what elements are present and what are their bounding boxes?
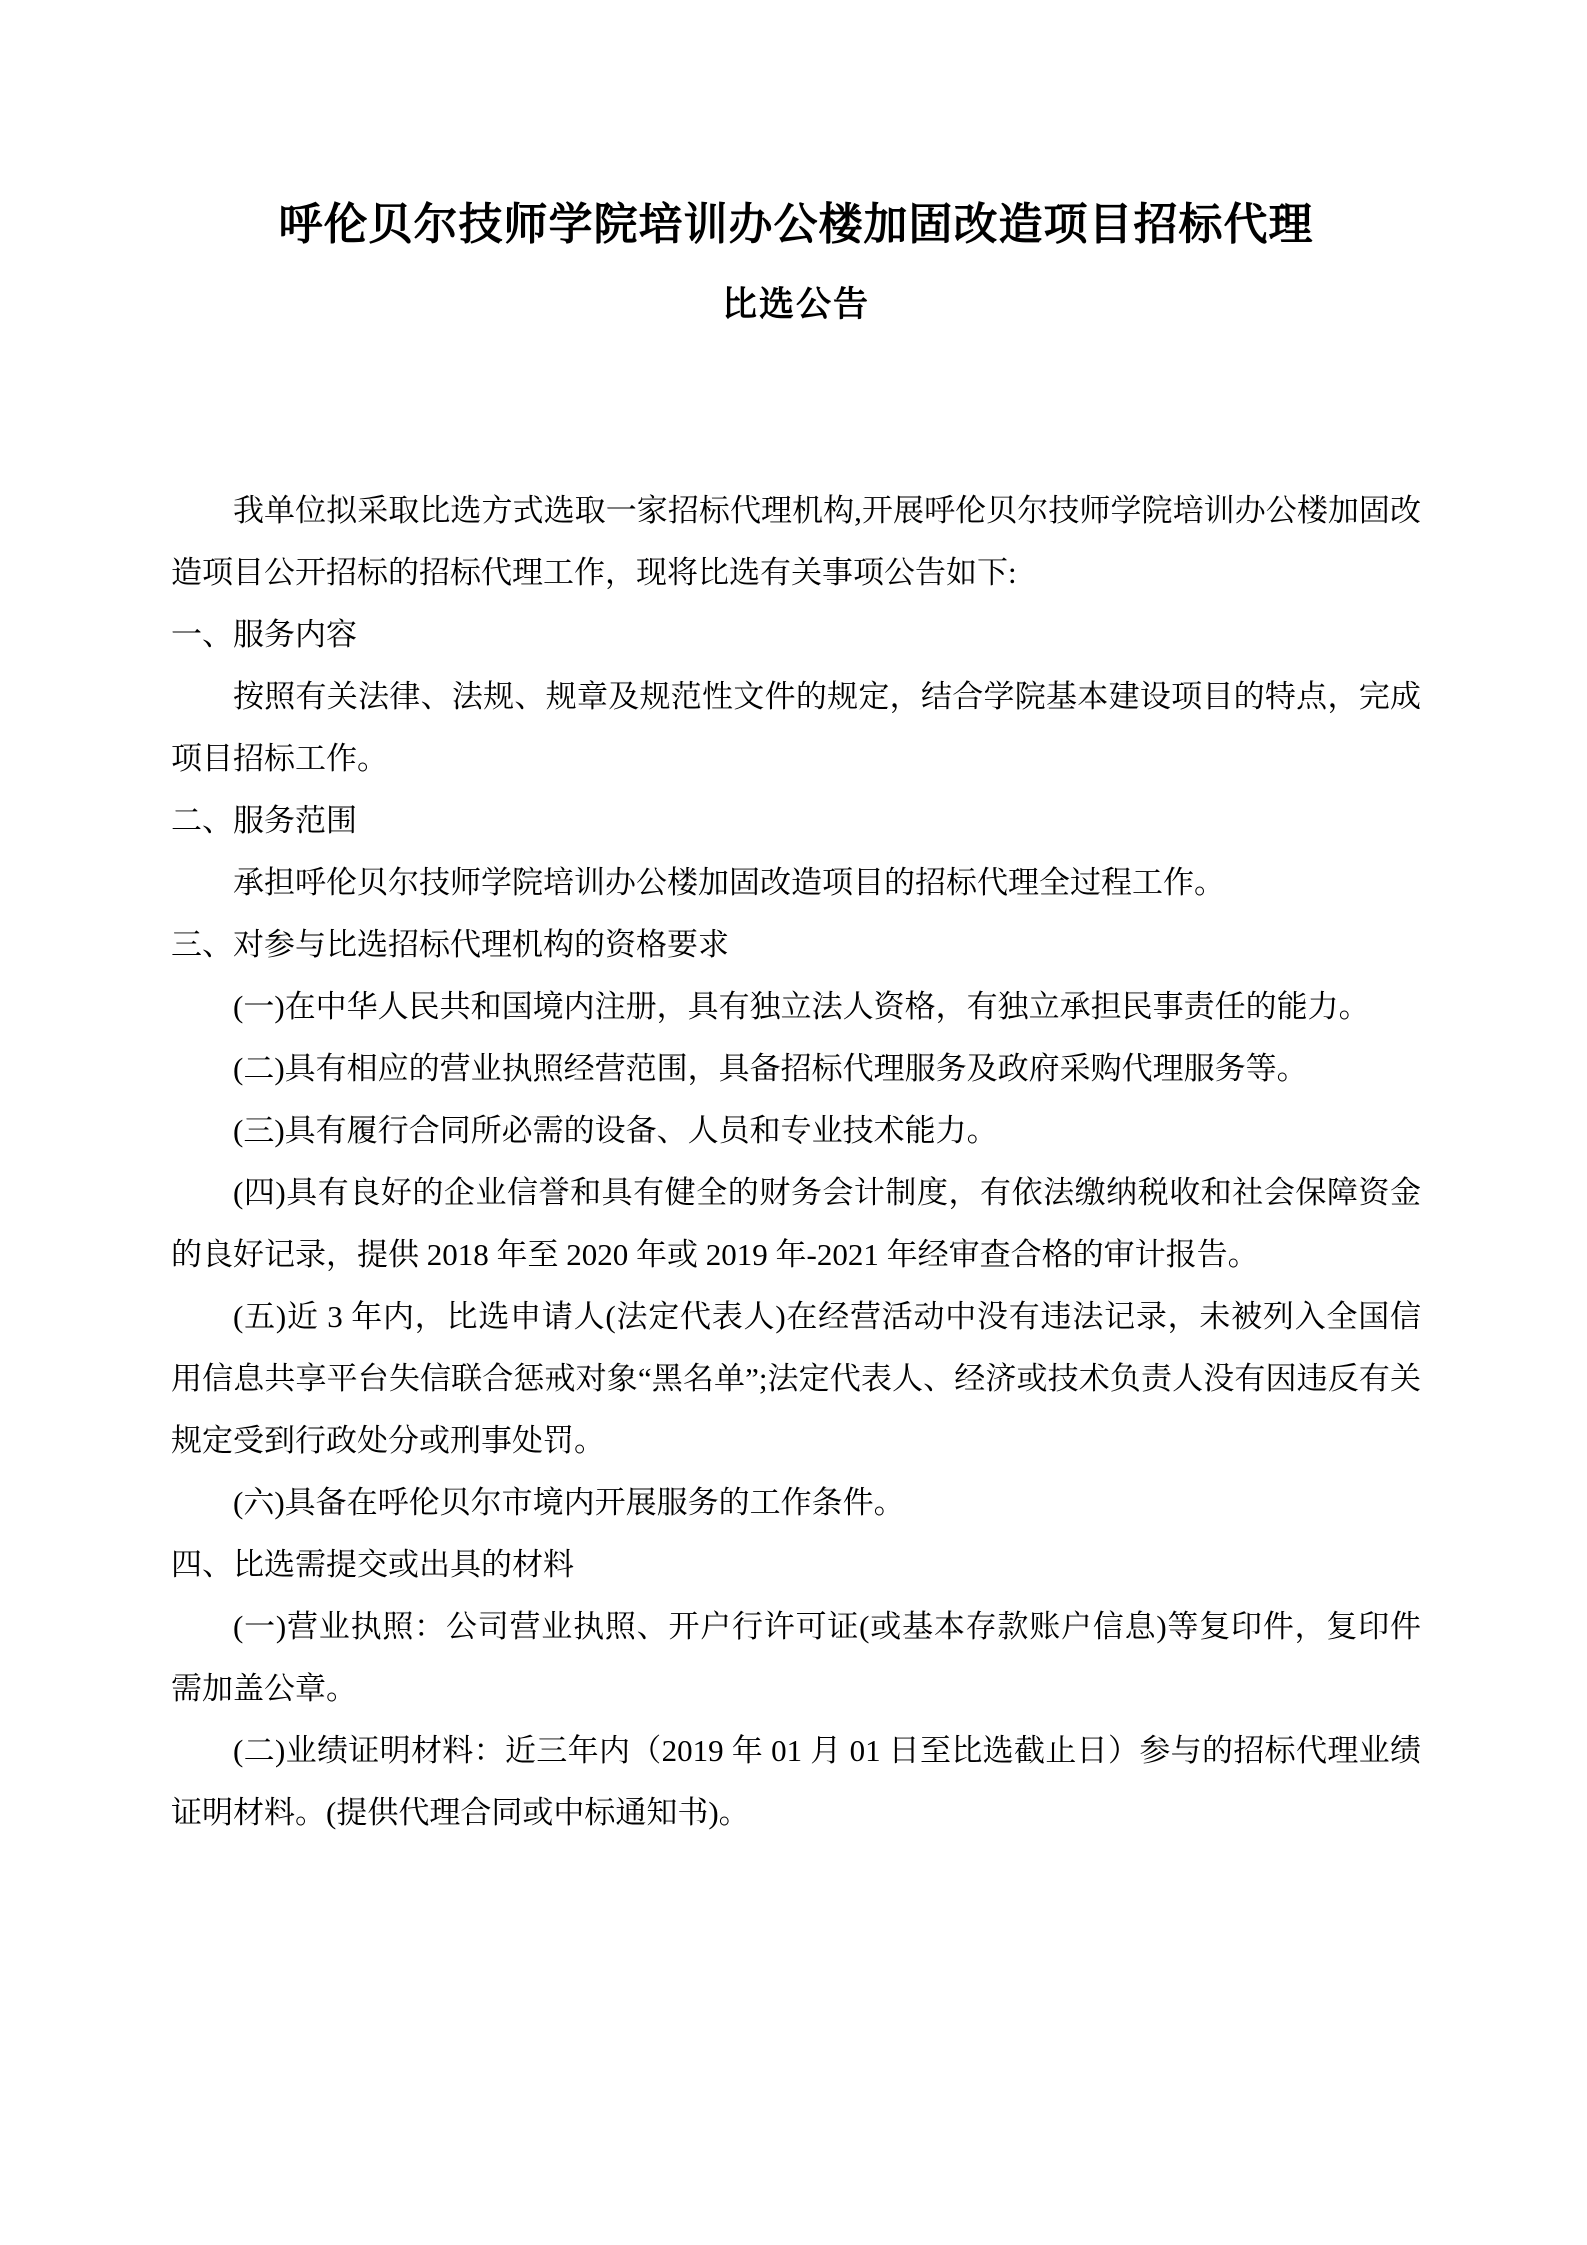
paragraph: (二)业绩证明材料：近三年内（2019 年 01 月 01 日至比选截止日）参与… xyxy=(171,1720,1421,1844)
section-heading: 二、服务范围 xyxy=(171,790,1421,852)
section-heading: 四、比选需提交或出具的材料 xyxy=(171,1534,1421,1596)
section-heading: 一、服务内容 xyxy=(171,604,1421,666)
paragraph: (三)具有履行合同所必需的设备、人员和专业技术能力。 xyxy=(171,1100,1421,1162)
paragraph: (一)在中华人民共和国境内注册，具有独立法人资格，有独立承担民事责任的能力。 xyxy=(171,976,1421,1038)
document-body: 我单位拟采取比选方式选取一家招标代理机构,开展呼伦贝尔技师学院培训办公楼加固改造… xyxy=(171,480,1421,1844)
section-heading: 三、对参与比选招标代理机构的资格要求 xyxy=(171,914,1421,976)
document-title: 呼伦贝尔技师学院培训办公楼加固改造项目招标代理 xyxy=(171,196,1421,254)
paragraph: 承担呼伦贝尔技师学院培训办公楼加固改造项目的招标代理全过程工作。 xyxy=(171,852,1421,914)
paragraph: (六)具备在呼伦贝尔市境内开展服务的工作条件。 xyxy=(171,1472,1421,1534)
document-subtitle: 比选公告 xyxy=(171,282,1421,328)
paragraph: (四)具有良好的企业信誉和具有健全的财务会计制度，有依法缴纳税收和社会保障资金的… xyxy=(171,1162,1421,1286)
document-page: 呼伦贝尔技师学院培训办公楼加固改造项目招标代理 比选公告 我单位拟采取比选方式选… xyxy=(0,0,1587,2245)
paragraph: (五)近 3 年内，比选申请人(法定代表人)在经营活动中没有违法记录，未被列入全… xyxy=(171,1286,1421,1472)
paragraph: 我单位拟采取比选方式选取一家招标代理机构,开展呼伦贝尔技师学院培训办公楼加固改造… xyxy=(171,480,1421,604)
paragraph: 按照有关法律、法规、规章及规范性文件的规定，结合学院基本建设项目的特点，完成项目… xyxy=(171,666,1421,790)
paragraph: (一)营业执照：公司营业执照、开户行许可证(或基本存款账户信息)等复印件，复印件… xyxy=(171,1596,1421,1720)
paragraph: (二)具有相应的营业执照经营范围，具备招标代理服务及政府采购代理服务等。 xyxy=(171,1038,1421,1100)
